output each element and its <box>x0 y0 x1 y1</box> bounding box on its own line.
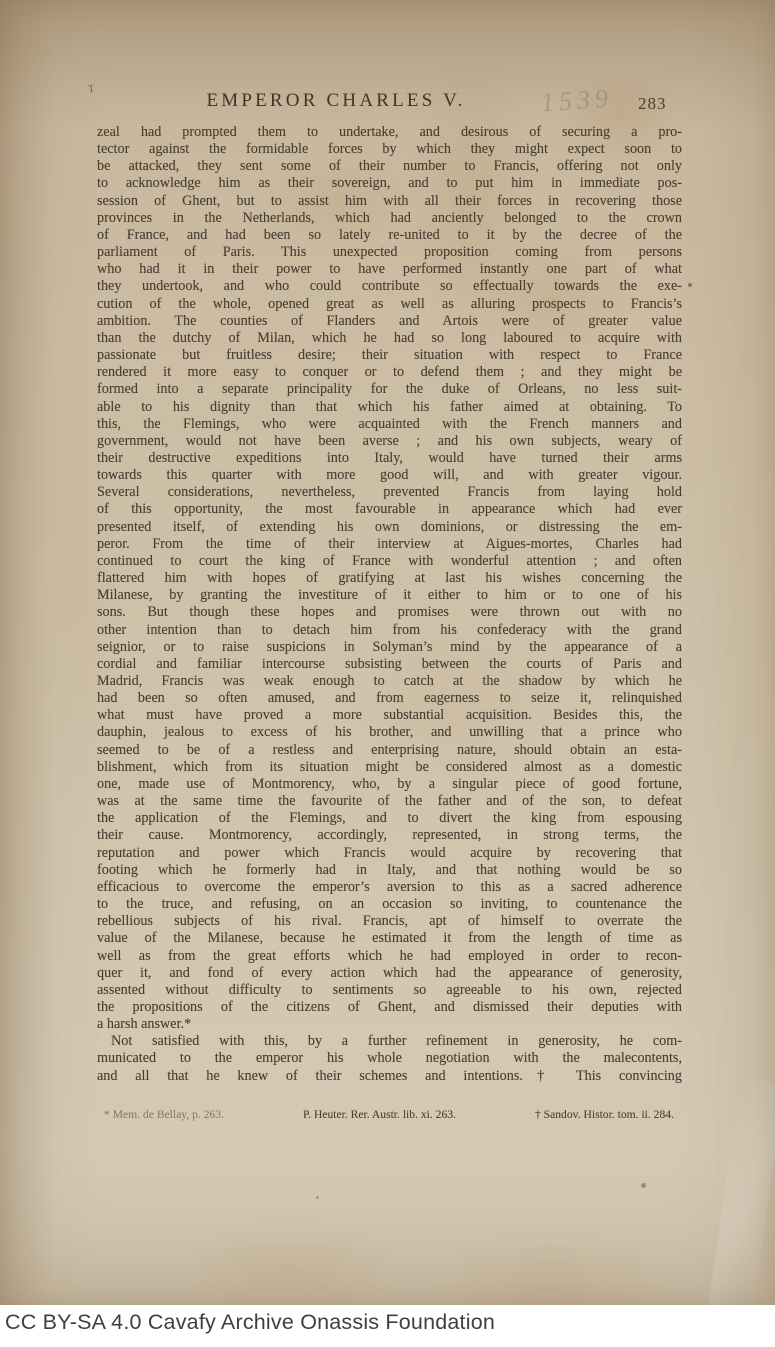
body-line: Not satisfied with this, by a further re… <box>97 1033 682 1050</box>
page-number: 283 <box>638 94 667 114</box>
body-line: formed into a separate principality for … <box>97 381 682 398</box>
body-line: this, the Flemings, who were acquainted … <box>97 416 682 433</box>
body-line: towards this quarter with more good will… <box>97 467 682 484</box>
book-page-scan: T EMPEROR CHARLES V. 1539 283 zeal had p… <box>0 0 775 1305</box>
body-line: to the truce, and refusing, on an occasi… <box>97 896 682 913</box>
body-line: and all that he knew of their schemes an… <box>97 1068 682 1085</box>
body-line: their cause. Montmorency, accordingly, r… <box>97 827 682 844</box>
body-line: be attacked, they sent some of their num… <box>97 158 682 175</box>
body-line: efficacious to overcome the emperor’s av… <box>97 879 682 896</box>
body-line: provinces in the Netherlands, which had … <box>97 210 682 227</box>
body-line: rendered it more easy to conquer or to d… <box>97 364 682 381</box>
body-line: Milanese, by granting the investiture of… <box>97 587 682 604</box>
body-line: the propositions of the citizens of Ghen… <box>97 999 682 1016</box>
body-line: value of the Milanese, because he estima… <box>97 930 682 947</box>
body-line: session of Ghent, but to assist him with… <box>97 193 682 210</box>
body-line: dauphin, jealous to excess of his brothe… <box>97 724 682 741</box>
scanned-book-page-view: T EMPEROR CHARLES V. 1539 283 zeal had p… <box>0 0 775 1347</box>
license-caption: CC BY-SA 4.0 Cavafy Archive Onassis Foun… <box>5 1310 495 1335</box>
body-line: of this opportunity, the most favourable… <box>97 501 682 518</box>
body-line: to acknowledge him as their sovereign, a… <box>97 175 682 192</box>
body-line: footing which he formerly had in Italy, … <box>97 862 682 879</box>
body-line: government, would not have been averse ;… <box>97 433 682 450</box>
body-line: continued to court the king of France wi… <box>97 553 682 570</box>
ink-speck <box>316 1196 319 1199</box>
body-line: assented without difficulty to sentiment… <box>97 982 682 999</box>
ink-speck <box>688 283 692 287</box>
printer-corner-mark: T <box>87 83 95 96</box>
body-line: than the dutchy of Milan, which he had s… <box>97 330 682 347</box>
body-line: peror. From the time of their interview … <box>97 536 682 553</box>
body-line: tector against the formidable forces by … <box>97 141 682 158</box>
footnote-part: * Mem. de Bellay, p. 263. <box>104 1108 224 1121</box>
body-line: the application of the Flemings, and to … <box>97 810 682 827</box>
body-line: their destructive expeditions into Italy… <box>97 450 682 467</box>
license-caption-bar: CC BY-SA 4.0 Cavafy Archive Onassis Foun… <box>0 1305 775 1347</box>
body-line: seignior, or to raise suspicions in Soly… <box>97 639 682 656</box>
body-line: other intention than to detach him from … <box>97 622 682 639</box>
body-text: zeal had prompted them to undertake, and… <box>97 124 682 1085</box>
body-line: flattered him with hopes of gratifying a… <box>97 570 682 587</box>
body-line: municated to the emperor his whole negot… <box>97 1050 682 1067</box>
body-line: well as from the great efforts which he … <box>97 948 682 965</box>
body-line: sons. But though these hopes and promise… <box>97 604 682 621</box>
footnote-part: † Sandov. Histor. tom. ii. 284. <box>535 1108 674 1121</box>
scan-left-shadow <box>0 0 55 1305</box>
body-line: seemed to be of a restless and enterpris… <box>97 742 682 759</box>
body-line: blishment, which from its situation migh… <box>97 759 682 776</box>
handwritten-year-annotation: 1539 <box>540 84 614 119</box>
footnote-part: P. Heuter. Rer. Austr. lib. xi. 263. <box>303 1108 456 1121</box>
body-line: Several considerations, nevertheless, pr… <box>97 484 682 501</box>
body-line: able to his dignity than that which his … <box>97 399 682 416</box>
body-line: one, made use of Montmorency, who, by a … <box>97 776 682 793</box>
ink-speck <box>641 1183 646 1188</box>
body-line: ambition. The counties of Flanders and A… <box>97 313 682 330</box>
body-line: reputation and power which Francis would… <box>97 845 682 862</box>
body-line: was at the same time the favourite of th… <box>97 793 682 810</box>
body-line: who had it in their power to have perfor… <box>97 261 682 278</box>
body-line: cution of the whole, opened great as wel… <box>97 296 682 313</box>
body-line: of France, and had been so lately re-uni… <box>97 227 682 244</box>
running-head-title: EMPEROR CHARLES V. <box>206 90 465 112</box>
body-line: parliament of Paris. This unexpected pro… <box>97 244 682 261</box>
body-line: what must have proved a more substantial… <box>97 707 682 724</box>
body-line: they undertook, and who could contribute… <box>97 278 682 295</box>
body-line: rebellious subjects of his rival. Franci… <box>97 913 682 930</box>
body-line: presented itself, of extending his own d… <box>97 519 682 536</box>
paper-fold-highlight <box>704 1078 775 1342</box>
body-line: quer it, and fond of every action which … <box>97 965 682 982</box>
body-line: passionate but fruitless desire; their s… <box>97 347 682 364</box>
body-line: had been so often amused, and from eager… <box>97 690 682 707</box>
body-line: zeal had prompted them to undertake, and… <box>97 124 682 141</box>
footnote: * Mem. de Bellay, p. 263.P. Heuter. Rer.… <box>104 1108 674 1121</box>
body-line: cordial and familiar intercourse subsist… <box>97 656 682 673</box>
body-line: a harsh answer.* <box>97 1016 682 1033</box>
body-line: Madrid, Francis was weak enough to catch… <box>97 673 682 690</box>
